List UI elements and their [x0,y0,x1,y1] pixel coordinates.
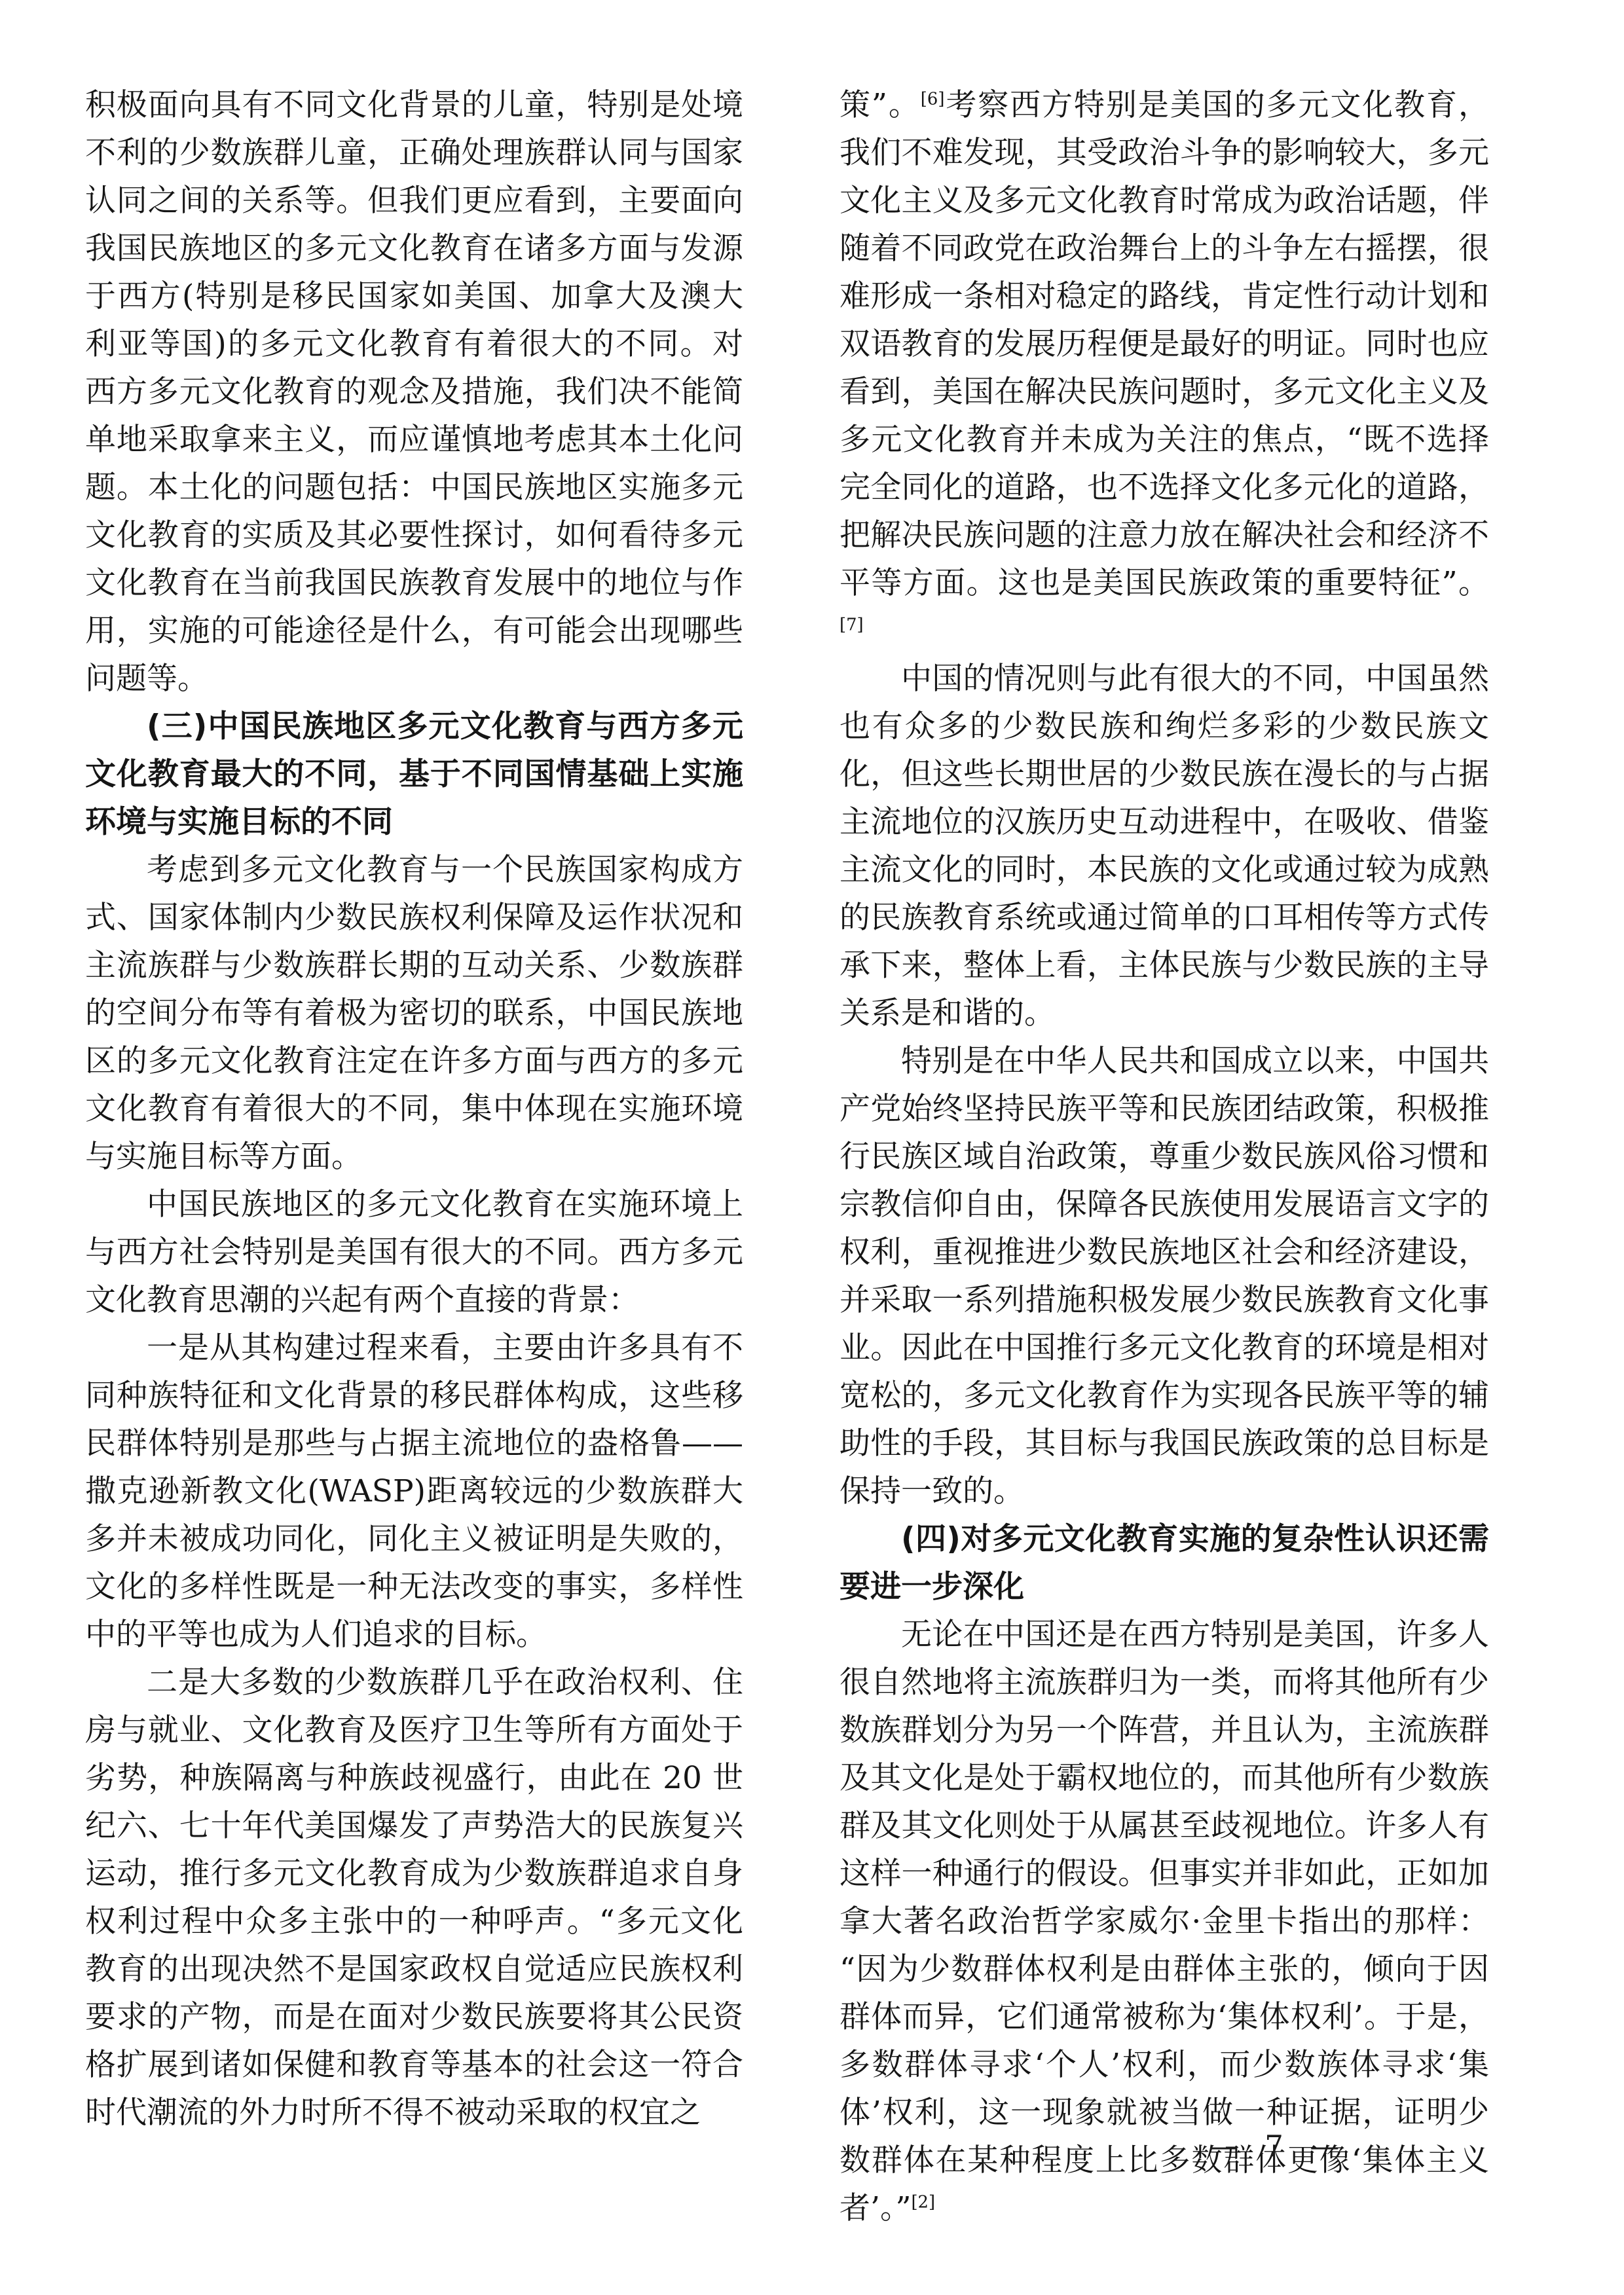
left-column: 积极面向具有不同文化背景的儿童，特别是处境不利的少数族群儿童，正确处理族群认同与… [85,81,743,2137]
body-paragraph: 中国的情况则与此有很大的不同，中国虽然也有众多的少数民族和绚烂多彩的少数民族文化… [840,655,1489,1037]
section-heading: (三)中国民族地区多元文化教育与西方多元文化教育最大的不同，基于不同国情基础上实… [85,703,743,846]
document-page: 积极面向具有不同文化背景的儿童，特别是处境不利的少数族群儿童，正确处理族群认同与… [0,0,1624,2295]
body-paragraph: 一是从其构建过程来看，主要由许多具有不同种族特征和文化背景的移民群体构成，这些移… [85,1324,743,1659]
body-paragraph: 考虑到多元文化教育与一个民族国家构成方式、国家体制内少数民族权利保障及运作状况和… [85,846,743,1181]
section-heading: (四)对多元文化教育实施的复杂性认识还需要进一步深化 [840,1515,1489,1611]
right-column: 策”。[6]考察西方特别是美国的多元文化教育，我们不难发现，其受政治斗争的影响较… [840,81,1489,2232]
citation-marker: [6] [921,89,945,109]
page-number: — 7 — [1209,2129,1339,2163]
citation-marker: [7] [840,615,864,634]
body-paragraph: 策”。[6]考察西方特别是美国的多元文化教育，我们不难发现，其受政治斗争的影响较… [840,81,1489,655]
body-paragraph: 积极面向具有不同文化背景的儿童，特别是处境不利的少数族群儿童，正确处理族群认同与… [85,81,743,703]
body-paragraph: 二是大多数的少数族群几乎在政治权利、住房与就业、文化教育及医疗卫生等所有方面处于… [85,1659,743,2137]
body-paragraph: 中国民族地区的多元文化教育在实施环境上与西方社会特别是美国有很大的不同。西方多元… [85,1181,743,1324]
body-paragraph: 特别是在中华人民共和国成立以来，中国共产党始终坚持民族平等和民族团结政策，积极推… [840,1037,1489,1515]
body-paragraph: 无论在中国还是在西方特别是美国，许多人很自然地将主流族群归为一类，而将其他所有少… [840,1611,1489,2232]
citation-marker: [2] [911,2192,935,2212]
